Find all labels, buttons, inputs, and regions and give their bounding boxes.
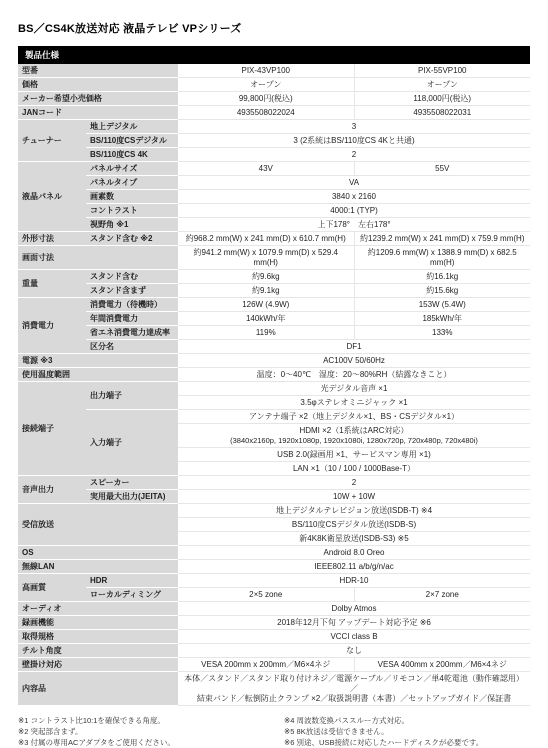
spec-sublabel: 区分名 — [86, 340, 178, 354]
row-screen-dimensions: 画面寸法 約941.2 mm(W) x 1079.9 mm(D) x 529.4… — [18, 246, 530, 270]
spec-sublabel: スタンド含む ※2 — [86, 232, 178, 246]
row-standards: 取得規格 VCCI class B — [18, 630, 530, 644]
spec-label: メーカー希望小売価格 — [18, 92, 178, 106]
spec-label: 録画機能 — [18, 616, 178, 630]
spec-label: JANコード — [18, 106, 178, 120]
spec-sublabel: BS/110度CS 4K — [86, 148, 178, 162]
spec-value: 3840 x 2160 — [178, 190, 530, 204]
row-output-terminal-1: 接続端子 出力端子 光デジタル音声 ×1 — [18, 382, 530, 396]
spec-value-43: 43V — [178, 162, 354, 176]
spec-value: VA — [178, 176, 530, 190]
spec-value: 3.5φステレオミニジャック ×1 — [178, 396, 530, 410]
spec-sublabel: コントラスト — [86, 204, 178, 218]
spec-group-label: 受信放送 — [18, 504, 178, 546]
row-weight-with-stand: 重量 スタンド含む 約9.6kg 約16.1kg — [18, 270, 530, 284]
spec-sublabel: スピーカー — [86, 476, 178, 490]
spec-value-55: PIX-55VP100 — [354, 64, 530, 78]
spec-value: BS/110度CSデジタル放送(ISDB-S) — [178, 518, 530, 532]
row-power-standby: 消費電力 消費電力（待機時） 126W (4.9W) 153W (5.4W) — [18, 298, 530, 312]
spec-value-43: 約9.1kg — [178, 284, 354, 298]
spec-sublabel: BS/110度CSデジタル — [86, 134, 178, 148]
spec-value: 3 (2系統はBS/110度CS 4Kと共通) — [178, 134, 530, 148]
row-os: OS Android 8.0 Oreo — [18, 546, 530, 560]
spec-value-43: 4935508022024 — [178, 106, 354, 120]
spec-value-43: 140kWh/年 — [178, 312, 354, 326]
spec-sublabel: スタンド含まず — [86, 284, 178, 298]
row-hdr: 高画質 HDR HDR-10 — [18, 574, 530, 588]
spec-value: 温度：0～40℃ 湿度：20～80%RH（結露なきこと） — [178, 368, 530, 382]
footnote-4: ※4 周波数変換パススルー方式対応。 — [284, 715, 530, 726]
row-outer-dimensions: 外形寸法 スタンド含む ※2 約968.2 mm(W) x 241 mm(D) … — [18, 232, 530, 246]
spec-value-55: 約1239.2 mm(W) x 241 mm(D) x 759.9 mm(H) — [354, 232, 530, 246]
spec-label: OS — [18, 546, 178, 560]
spec-value: HDR-10 — [178, 574, 530, 588]
spec-group-label: 消費電力 — [18, 298, 86, 354]
spec-sheet-page: BS／CS4K放送対応 液晶テレビ VPシリーズ 製品仕様 型番 PIX-43V… — [0, 0, 548, 748]
spec-value-43: 約9.6kg — [178, 270, 354, 284]
spec-value-55: 118,000円(税込) — [354, 92, 530, 106]
spec-value-55: 133% — [354, 326, 530, 340]
spec-value: 新4K8K衛星放送(ISDB-S3) ※5 — [178, 532, 530, 546]
spec-value: 上下178° 左右178° — [178, 218, 530, 232]
spec-value: 2018年12月下旬 アップデート対応予定 ※6 — [178, 616, 530, 630]
row-power-annual: 年間消費電力 140kWh/年 185kWh/年 — [18, 312, 530, 326]
row-power-class: 区分名 DF1 — [18, 340, 530, 354]
spec-value-43: 99,800円(税込) — [178, 92, 354, 106]
spec-value: 2 — [178, 148, 530, 162]
row-panel-size: 液晶パネル パネルサイズ 43V 55V — [18, 162, 530, 176]
spec-sublabel: HDR — [86, 574, 178, 588]
spec-sublabel: パネルタイプ — [86, 176, 178, 190]
footnote-2: ※2 突起部含まず。 — [18, 726, 284, 737]
spec-sublabel: 入力端子 — [86, 410, 178, 476]
spec-value-55: 約1209.6 mm(W) x 1388.9 mm(D) x 682.5 mm(… — [354, 246, 530, 270]
spec-sublabel: 実用最大出力(JEITA) — [86, 490, 178, 504]
spec-value: Android 8.0 Oreo — [178, 546, 530, 560]
spec-value: LAN ×1（10 / 100 / 1000Base-T） — [178, 462, 530, 476]
spec-value: 本体／スタンド／スタンド取り付けネジ／電源ケーブル／リモコン／単4乾電池（動作確… — [178, 672, 530, 706]
spec-group-label: チューナー — [18, 120, 86, 162]
row-speaker: 音声出力 スピーカー 2 — [18, 476, 530, 490]
spec-value-43: 126W (4.9W) — [178, 298, 354, 312]
row-power-energy-saving: 省エネ消費電力達成率 119% 133% — [18, 326, 530, 340]
spec-group-label: 液晶パネル — [18, 162, 86, 232]
row-power-supply: 電源 ※3 AC100V 50/60Hz — [18, 354, 530, 368]
spec-value-43: 約941.2 mm(W) x 1079.9 mm(D) x 529.4 mm(H… — [178, 246, 354, 270]
spec-sublabel: ローカルディミング — [86, 588, 178, 602]
spec-sublabel: 地上デジタル — [86, 120, 178, 134]
row-tuner-bscs: BS/110度CSデジタル 3 (2系統はBS/110度CS 4Kと共通) — [18, 134, 530, 148]
spec-value: 光デジタル音声 ×1 — [178, 382, 530, 396]
row-local-dimming: ローカルディミング 2×5 zone 2×7 zone — [18, 588, 530, 602]
spec-sublabel: 省エネ消費電力達成率 — [86, 326, 178, 340]
spec-value: IEEE802.11 a/b/g/n/ac — [178, 560, 530, 574]
hdmi-line1: HDMI ×2（1系統はARC対応） — [182, 426, 526, 436]
row-audio-tech: オーディオ Dolby Atmos — [18, 602, 530, 616]
contents-line2: 結束バンド／転倒防止クランプ ×2／取扱説明書（本書）／セットアップガイド／保証… — [182, 694, 526, 704]
row-broadcast-1: 受信放送 地上デジタルテレビジョン放送(ISDB-T) ※4 — [18, 504, 530, 518]
spec-value-55: 2×7 zone — [354, 588, 530, 602]
spec-label: 型番 — [18, 64, 178, 78]
spec-group-label: 外形寸法 — [18, 232, 86, 246]
spec-value: VCCI class B — [178, 630, 530, 644]
spec-value-55: VESA 400mm x 200mm／M6×4ネジ — [354, 658, 530, 672]
spec-sublabel: 消費電力（待機時） — [86, 298, 178, 312]
page-title: BS／CS4K放送対応 液晶テレビ VPシリーズ — [18, 20, 530, 36]
spec-value-43: 2×5 zone — [178, 588, 354, 602]
hdmi-line2: (3840x2160p, 1920x1080p, 1920x1080i, 128… — [182, 436, 526, 446]
row-max-output: 実用最大出力(JEITA) 10W + 10W — [18, 490, 530, 504]
spec-value: なし — [178, 644, 530, 658]
spec-value-55: 185kWh/年 — [354, 312, 530, 326]
row-tuner-bscs4k: BS/110度CS 4K 2 — [18, 148, 530, 162]
spec-label: 画面寸法 — [18, 246, 178, 270]
spec-label: 取得規格 — [18, 630, 178, 644]
spec-table: 型番 PIX-43VP100 PIX-55VP100 価格 オープン オープン … — [18, 64, 530, 706]
row-model: 型番 PIX-43VP100 PIX-55VP100 — [18, 64, 530, 78]
spec-value-43: オープン — [178, 78, 354, 92]
spec-sublabel: 画素数 — [86, 190, 178, 204]
spec-value-55: 4935508022031 — [354, 106, 530, 120]
spec-value-55: 153W (5.4W) — [354, 298, 530, 312]
spec-value-55: オープン — [354, 78, 530, 92]
section-header: 製品仕様 — [18, 46, 530, 64]
contents-line1: 本体／スタンド／スタンド取り付けネジ／電源ケーブル／リモコン／単4乾電池（動作確… — [182, 674, 526, 694]
row-msrp: メーカー希望小売価格 99,800円(税込) 118,000円(税込) — [18, 92, 530, 106]
row-panel-type: パネルタイプ VA — [18, 176, 530, 190]
spec-value: 4000:1 (TYP) — [178, 204, 530, 218]
row-tilt: チルト角度 なし — [18, 644, 530, 658]
spec-group-label: 音声出力 — [18, 476, 86, 504]
row-contents: 内容品 本体／スタンド／スタンド取り付けネジ／電源ケーブル／リモコン／単4乾電池… — [18, 672, 530, 706]
spec-value-43: 約968.2 mm(W) x 241 mm(D) x 610.7 mm(H) — [178, 232, 354, 246]
spec-group-label: 重量 — [18, 270, 86, 298]
row-weight-without-stand: スタンド含まず 約9.1kg 約15.6kg — [18, 284, 530, 298]
row-panel-pixels: 画素数 3840 x 2160 — [18, 190, 530, 204]
spec-group-label: 高画質 — [18, 574, 86, 602]
row-jan: JANコード 4935508022024 4935508022031 — [18, 106, 530, 120]
row-panel-viewing-angle: 視野角 ※1 上下178° 左右178° — [18, 218, 530, 232]
footnote-6: ※6 別途、USB接続に対応したハードディスクが必要です。 — [284, 737, 530, 748]
row-input-antenna: 入力端子 アンテナ端子 ×2（地上デジタル×1、BS・CSデジタル×1） — [18, 410, 530, 424]
spec-label: 使用温度範囲 — [18, 368, 178, 382]
spec-label: チルト角度 — [18, 644, 178, 658]
spec-label: 無線LAN — [18, 560, 178, 574]
spec-group-label: 接続端子 — [18, 382, 86, 476]
spec-value: USB 2.0(録画用 ×1、サービスマン専用 ×1) — [178, 448, 530, 462]
spec-value: 2 — [178, 476, 530, 490]
spec-value: 地上デジタルテレビジョン放送(ISDB-T) ※4 — [178, 504, 530, 518]
spec-sublabel: パネルサイズ — [86, 162, 178, 176]
footnotes-left: ※1 コントラスト比10:1を確保できる角度。 ※2 突起部含まず。 ※3 付属… — [18, 715, 284, 748]
row-panel-contrast: コントラスト 4000:1 (TYP) — [18, 204, 530, 218]
row-recording: 録画機能 2018年12月下旬 アップデート対応予定 ※6 — [18, 616, 530, 630]
spec-value-43: VESA 200mm x 200mm／M6×4ネジ — [178, 658, 354, 672]
spec-label: オーディオ — [18, 602, 178, 616]
spec-value-55: 約16.1kg — [354, 270, 530, 284]
spec-sublabel: 視野角 ※1 — [86, 218, 178, 232]
footnotes: ※1 コントラスト比10:1を確保できる角度。 ※2 突起部含まず。 ※3 付属… — [18, 715, 530, 748]
row-wireless-lan: 無線LAN IEEE802.11 a/b/g/n/ac — [18, 560, 530, 574]
footnote-5: ※5 8K放送は受信できません。 — [284, 726, 530, 737]
footnote-3: ※3 付属の専用ACアダプタをご使用ください。 — [18, 737, 284, 748]
row-price: 価格 オープン オープン — [18, 78, 530, 92]
footnote-1: ※1 コントラスト比10:1を確保できる角度。 — [18, 715, 284, 726]
spec-value: HDMI ×2（1系統はARC対応） (3840x2160p, 1920x108… — [178, 424, 530, 448]
spec-value-43: 119% — [178, 326, 354, 340]
spec-value-55: 約15.6kg — [354, 284, 530, 298]
spec-sublabel: 年間消費電力 — [86, 312, 178, 326]
footnotes-right: ※4 周波数変換パススルー方式対応。 ※5 8K放送は受信できません。 ※6 別… — [284, 715, 530, 748]
row-tuner-terrestrial: チューナー 地上デジタル 3 — [18, 120, 530, 134]
spec-label: 壁掛け対応 — [18, 658, 178, 672]
spec-value: 10W + 10W — [178, 490, 530, 504]
row-wall-mount: 壁掛け対応 VESA 200mm x 200mm／M6×4ネジ VESA 400… — [18, 658, 530, 672]
spec-label: 内容品 — [18, 672, 178, 706]
row-temp-range: 使用温度範囲 温度：0～40℃ 湿度：20～80%RH（結露なきこと） — [18, 368, 530, 382]
spec-sublabel: 出力端子 — [86, 382, 178, 410]
spec-value-55: 55V — [354, 162, 530, 176]
spec-sublabel: スタンド含む — [86, 270, 178, 284]
spec-value: 3 — [178, 120, 530, 134]
spec-label: 価格 — [18, 78, 178, 92]
spec-value: DF1 — [178, 340, 530, 354]
spec-value-43: PIX-43VP100 — [178, 64, 354, 78]
spec-value: AC100V 50/60Hz — [178, 354, 530, 368]
spec-value: Dolby Atmos — [178, 602, 530, 616]
spec-label: 電源 ※3 — [18, 354, 178, 368]
spec-value: アンテナ端子 ×2（地上デジタル×1、BS・CSデジタル×1） — [178, 410, 530, 424]
